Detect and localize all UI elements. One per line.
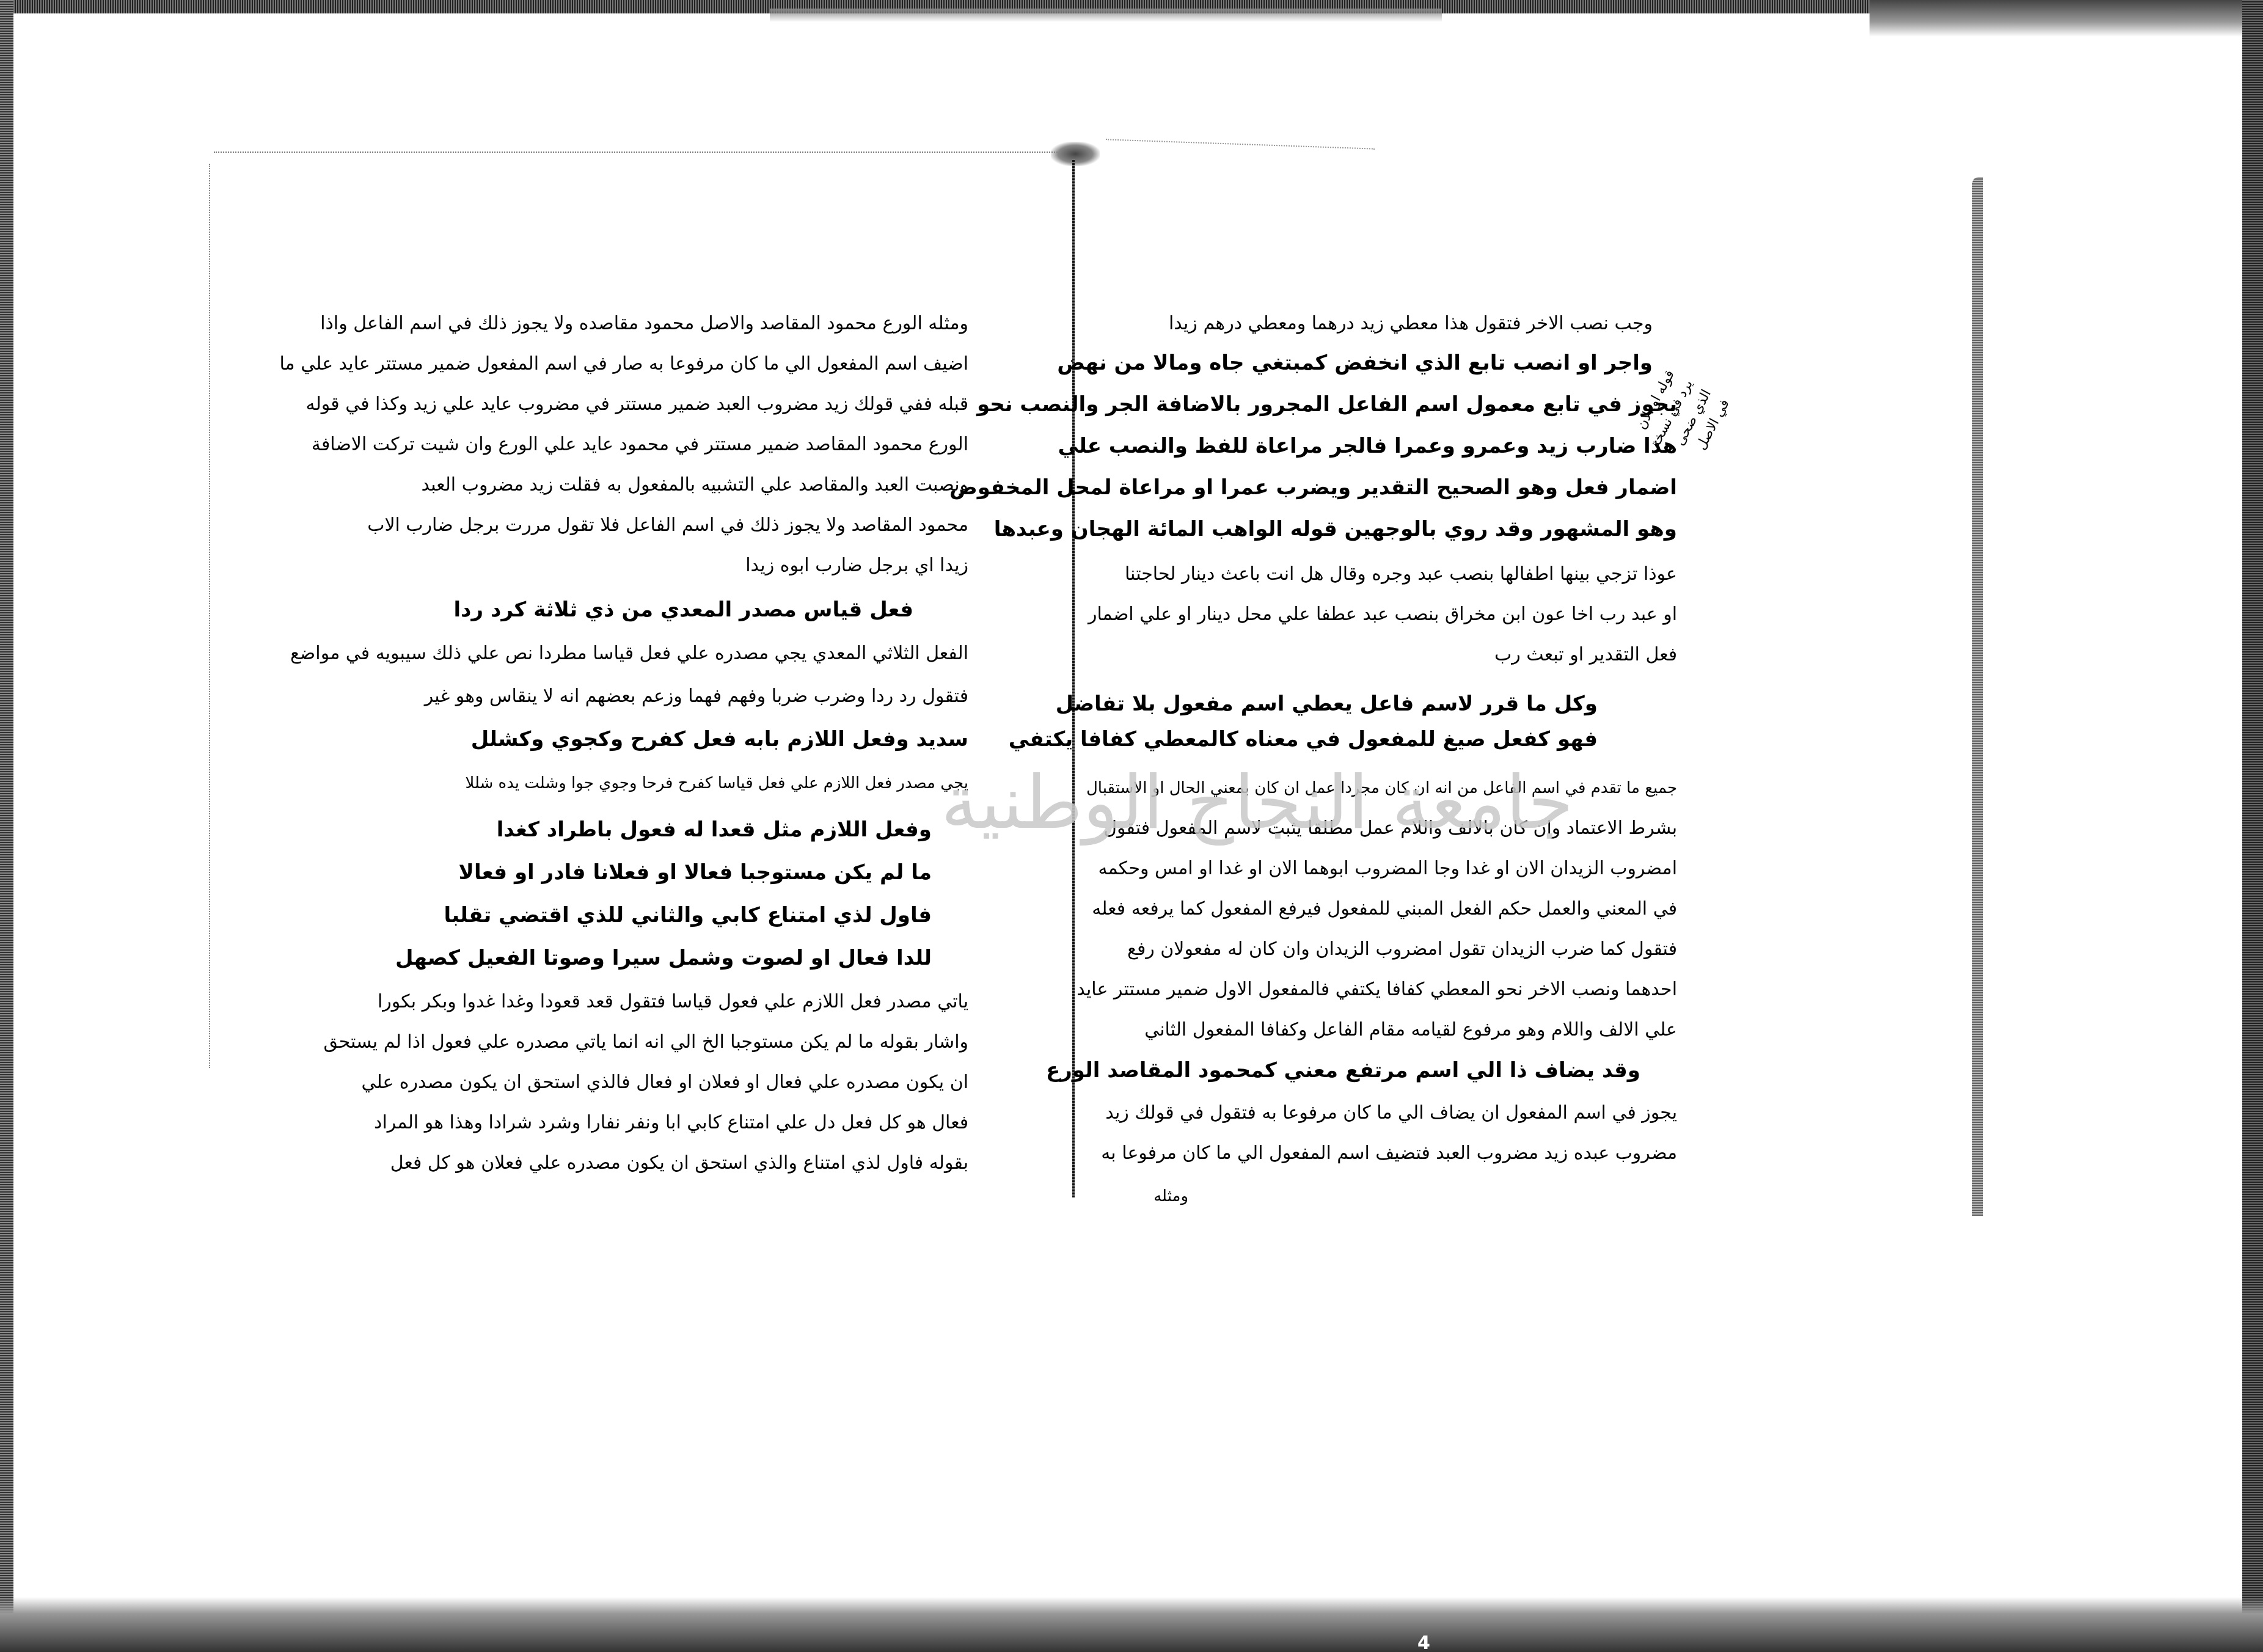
book-spine [1072,159,1075,1197]
manuscript-line: في المعني والعمل حكم الفعل المبني للمفعو… [1092,897,1677,921]
scanner-shadow-top-right [1870,0,2263,37]
manuscript-line: عوذا تزجي بينها اطفالها بنصب عبد وجره وق… [1125,562,1677,587]
verse-heading: سديد وفعل اللازم بابه فعل كفرح وكجوي وكش… [471,727,968,751]
library-watermark: جامعة النجاح الوطنية [941,761,1573,846]
verse-heading: وفعل اللازم مثل قعدا له فعول باطراد كغدا [497,817,932,842]
book-top-edge-left [214,152,1069,154]
manuscript-line: يجي مصدر فعل اللازم علي فعل قياسا كفرح ف… [465,771,968,795]
manuscript-line: هذا ضارب زيد وعمرو وعمرا فالجر مراعاة لل… [1058,434,1677,458]
manuscript-line: ونصبت العبد والمقاصد علي التشبيه بالمفعو… [421,473,968,497]
verse-heading: فاول لذي امتناع كابي والثاني للذي اقتضي … [444,903,932,927]
manuscript-line: وجب نصب الاخر فتقول هذا معطي زيد درهما و… [1169,312,1653,336]
scanner-shadow-top [770,9,1442,22]
manuscript-line: اضمار فعل وهو الصحيح التقدير ويضرب عمرا … [949,475,1677,500]
verse-heading: فهو كفعل صيغ للمفعول في معناه كالمعطي كف… [1009,727,1598,751]
manuscript-line: مضروب عبده زيد مضروب العبد فتضيف اسم الم… [1101,1141,1677,1166]
manuscript-line: احدهما ونصب الاخر نحو المعطي كفافا يكتفي… [1077,978,1677,1002]
right-page-edge [1972,177,1983,1216]
manuscript-line: اضيف اسم المفعول الي ما كان مرفوعا به صا… [279,352,968,376]
manuscript-line: امضروب الزيدان الان او غدا وجا المضروب ا… [1098,857,1677,881]
manuscript-line: ومثله الورع محمود المقاصد والاصل محمود م… [320,312,968,336]
manuscript-line: فتقول رد ردا وضرب ضربا وفهم فهما وزعم بع… [425,684,968,709]
manuscript-line: فعال هو كل فعل دل علي امتناع كابي ابا ون… [374,1111,968,1135]
spine-binding-knot [1051,142,1100,166]
manuscript-line: زيدا اي برجل ضارب ابوه زيدا [745,554,968,578]
manuscript-line: او عبد رب اخا عون ابن مخراق بنصب عبد عطف… [1088,602,1677,627]
manuscript-line: فعل التقدير او تبعث رب [1494,643,1677,667]
manuscript-line: علي الالف واللام وهو مرفوع لقيامه مقام ا… [1144,1018,1677,1042]
scanner-frame-bottom [0,1597,2263,1652]
book-top-edge-right [1106,139,1375,150]
scanner-frame-left [0,0,13,1652]
manuscript-line: محمود المقاصد ولا يجوز ذلك في اسم الفاعل… [367,513,968,538]
verse-heading: واجر او انصب تابع الذي انخفض كمبتغي جاه … [1057,351,1653,375]
manuscript-line: يجوز في تابع معمول اسم الفاعل المجرور با… [977,392,1677,417]
scanner-frame-right [2242,0,2263,1652]
manuscript-line: وهو المشهور وقد روي بالوجهين قوله الواهب… [994,517,1677,541]
manuscript-line: الفعل الثلاثي المعدي يجي مصدره علي فعل ق… [290,641,968,666]
left-page-edge [209,164,211,1068]
manuscript-line: فتقول كما ضرب الزيدان تقول امضروب الزيدا… [1127,937,1677,962]
manuscript-line: بقوله فاول لذي امتناع والذي استحق ان يكو… [390,1151,968,1175]
verse-heading: فعل قياس مصدر المعدي من ذي ثلاثة كرد ردا [453,598,913,622]
catchword: ومثله [1153,1184,1188,1208]
verse-heading: وقد يضاف ذا الي اسم مرتفع معني كمحمود ال… [1046,1058,1640,1083]
verse-heading: وكل ما قرر لاسم فاعل يعطي اسم مفعول بلا … [1056,692,1598,716]
verse-heading: للدا فعال او لصوت وشمل سيرا وصوتا الفعيل… [395,946,932,970]
left-page-text: ومثله الورع محمود المقاصد والاصل محمود م… [431,312,968,1204]
manuscript-line: الورع محمود المقاصد ضمير مستتر في محمود … [312,433,968,457]
manuscript-line: ياتي مصدر فعل اللازم علي فعول قياسا فتقو… [378,990,968,1014]
manuscript-line: قبله ففي قولك زيد مضروب العبد ضمير مستتر… [306,392,968,417]
manuscript-line: ان يكون مصدره علي فعال او فعلان او فعال … [361,1070,968,1095]
verse-heading: ما لم يكن مستوجبا فعالا او فعلانا فادر ا… [459,860,932,885]
manuscript-line: واشار بقوله ما لم يكن مستوجبا الخ الي ان… [324,1030,968,1054]
manuscript-line: يجوز في اسم المفعول ان يضاف الي ما كان م… [1105,1101,1677,1125]
scan-page-number: 4 [1417,1632,1430,1652]
